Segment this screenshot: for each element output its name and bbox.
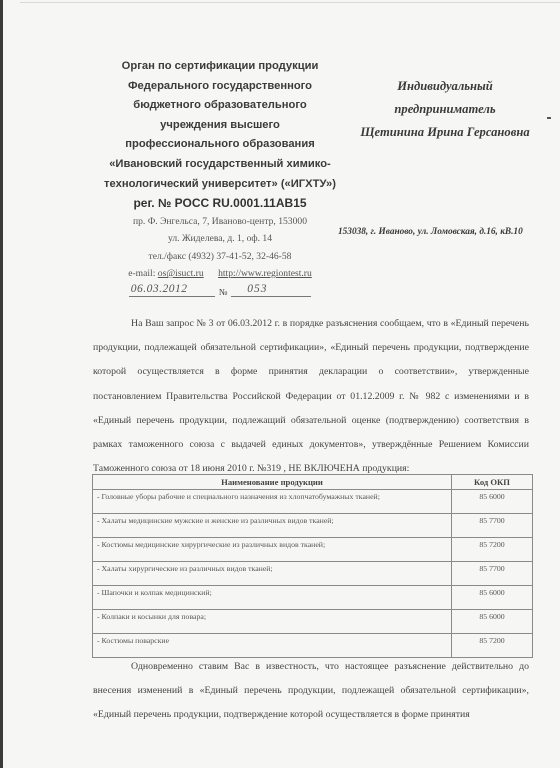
product-name-cell: - Шапочки и колпак медицинский; — [93, 586, 452, 610]
table-row: - Халаты медицинские мужские и женские и… — [93, 514, 533, 538]
okp-code-cell: 85 7700 — [452, 514, 533, 538]
okp-code-cell: 85 6000 — [452, 586, 533, 610]
product-name-cell: - Колпаки и косынки для повара; — [93, 610, 452, 634]
handwritten-number: 053 — [231, 283, 311, 297]
okp-code-cell: 85 7700 — [452, 562, 533, 586]
issuer-name-line: технологический университет» («ИГХТУ») — [95, 175, 345, 195]
recipient-name: Щетинина Ирина Герсановна — [345, 121, 545, 144]
body-paragraph-1: На Ваш запрос № 3 от 06.03.2012 г. в пор… — [93, 312, 529, 481]
issuer-name-line: Федерального государственного — [95, 77, 345, 97]
table-row: - Халаты хирургические из различных видо… — [93, 562, 533, 586]
okp-code-cell: 85 7200 — [452, 634, 533, 658]
issuer-name-line: учреждения высшего — [95, 116, 345, 136]
header-product-name: Наименование продукции — [93, 475, 452, 490]
okp-code-cell: 85 6000 — [452, 610, 533, 634]
header-okp-code: Код ОКП — [452, 475, 533, 490]
recipient-address: 153038, г. Иваново, ул. Ломовская, д.16,… — [338, 227, 523, 237]
table-body: - Головные уборы рабочие и специального … — [93, 490, 533, 658]
handwritten-date: 06.03.2012 — [129, 283, 215, 297]
issuer-name-line: Орган по сертификации продукции — [95, 57, 345, 77]
issuer-letterhead: Орган по сертификации продукции Федераль… — [95, 57, 345, 297]
table-header-row: Наименование продукции Код ОКП — [93, 475, 533, 490]
website-link[interactable]: http://www.regiontest.ru — [218, 268, 312, 279]
issuer-name-line: профессионального образования — [95, 135, 345, 155]
email-link[interactable]: os@isuct.ru — [158, 268, 204, 279]
product-name-cell: - Халаты хирургические из различных видо… — [93, 562, 452, 586]
outgoing-reference: 06.03.2012 № 053 — [95, 283, 345, 297]
product-name-cell: - Костюмы медицинские хирургические из р… — [93, 538, 452, 562]
table-row: - Колпаки и косынки для повара;85 6000 — [93, 610, 533, 634]
issuer-address-line2: ул. Жиделева, д. 1, оф. 14 — [95, 230, 345, 247]
recipient-title-line1: Индивидуальный — [345, 75, 545, 98]
paragraph-text: На Ваш запрос № 3 от 06.03.2012 г. в пор… — [93, 312, 529, 481]
paragraph-text: Одновременно ставим Вас в известность, ч… — [93, 655, 529, 728]
number-sign: № — [219, 287, 228, 297]
issuer-address-line1: пр. Ф. Энгельса, 7, Иваново-центр, 15300… — [95, 213, 345, 230]
product-name-cell: - Головные уборы рабочие и специального … — [93, 490, 452, 514]
table-row: - Шапочки и колпак медицинский;85 6000 — [93, 586, 533, 610]
recipient-title-line2: предприниматель — [345, 98, 545, 121]
product-name-cell: - Халаты медицинские мужские и женские и… — [93, 514, 452, 538]
email-label: e-mail: — [128, 268, 155, 279]
products-table: Наименование продукции Код ОКП - Головны… — [92, 474, 533, 658]
scan-page-edge — [0, 0, 3, 768]
scan-top-edge — [20, 2, 560, 3]
dash-mark — [547, 117, 551, 119]
recipient-block: Индивидуальный предприниматель Щетинина … — [345, 75, 545, 144]
table-row: - Костюмы поварские85 7200 — [93, 634, 533, 658]
registration-number: рег. № РОСС RU.0001.11АВ15 — [95, 194, 345, 213]
okp-code-cell: 85 7200 — [452, 538, 533, 562]
table-row: - Головные уборы рабочие и специального … — [93, 490, 533, 514]
issuer-phone: тел./факс (4932) 37-41-52, 32-46-58 — [95, 248, 345, 265]
table-row: - Костюмы медицинские хирургические из р… — [93, 538, 533, 562]
body-paragraph-2: Одновременно ставим Вас в известность, ч… — [93, 655, 529, 728]
product-name-cell: - Костюмы поварские — [93, 634, 452, 658]
issuer-contacts: e-mail: os@isuct.ru http://www.regiontes… — [95, 265, 345, 282]
okp-code-cell: 85 6000 — [452, 490, 533, 514]
issuer-name-line: бюджетного образовательного — [95, 96, 345, 116]
issuer-name-line: «Ивановский государственный химико- — [95, 155, 345, 175]
